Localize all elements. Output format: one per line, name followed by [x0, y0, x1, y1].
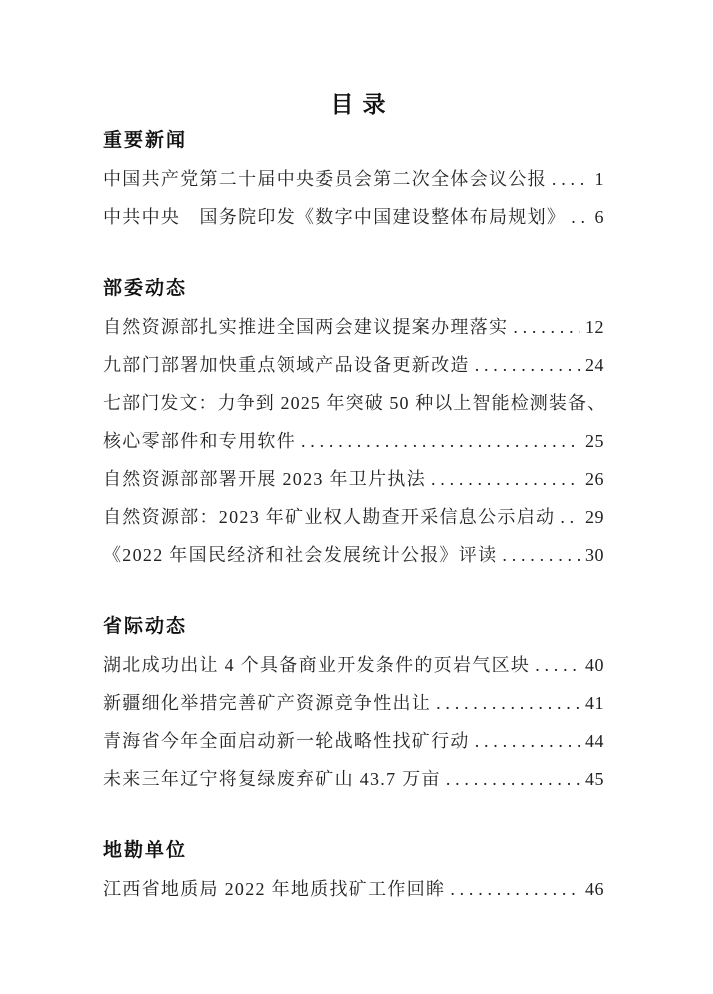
- page-number: 41: [585, 684, 604, 722]
- toc-entry-title: 九部门部署加快重点领域产品设备更新改造: [103, 346, 470, 384]
- toc-section-ministry-news: 部委动态 自然资源部扎实推进全国两会建议提案办理落实 .............…: [103, 270, 604, 574]
- section-heading: 省际动态: [103, 608, 604, 646]
- dot-leader: ........................................…: [426, 460, 580, 498]
- toc-entry-title: 湖北成功出让 4 个具备商业开发条件的页岩气区块: [103, 646, 530, 684]
- document-page: 目录 重要新闻 中国共产党第二十届中央委员会第二次全体会议公报 ........…: [0, 0, 713, 994]
- toc-entry: 未来三年辽宁将复绿废弃矿山 43.7 万亩 ..................…: [103, 760, 604, 798]
- toc-entry: 中国共产党第二十届中央委员会第二次全体会议公报 ................…: [103, 160, 604, 198]
- page-number: 26: [585, 460, 604, 498]
- dot-leader: ........................................…: [555, 498, 580, 536]
- dot-leader: ........................................…: [431, 684, 580, 722]
- toc-entry-title: 自然资源部扎实推进全国两会建议提案办理落实: [103, 308, 508, 346]
- toc-entry: 自然资源部：2023 年矿业权人勘查开采信息公示启动 .............…: [103, 498, 604, 536]
- toc-entry: 青海省今年全面启动新一轮战略性找矿行动 ....................…: [103, 722, 604, 760]
- dot-leader: ........................................…: [508, 308, 580, 346]
- toc-entry-title: 新疆细化举措完善矿产资源竞争性出让: [103, 684, 431, 722]
- dot-leader: ........................................…: [470, 722, 580, 760]
- dot-leader: ........................................…: [566, 198, 589, 236]
- dot-leader: ........................................…: [441, 760, 580, 798]
- toc-section-provincial-news: 省际动态 湖北成功出让 4 个具备商业开发条件的页岩气区块 ..........…: [103, 608, 604, 798]
- dot-leader: ........................................…: [497, 536, 580, 574]
- toc-entry: 《2022 年国民经济和社会发展统计公报》评读 ................…: [103, 536, 604, 574]
- toc-entry-title: 自然资源部部署开展 2023 年卫片执法: [103, 460, 426, 498]
- toc-entry-title: 中国共产党第二十届中央委员会第二次全体会议公报: [103, 160, 547, 198]
- page-number: 29: [585, 498, 604, 536]
- toc-entry-title: 中共中央 国务院印发《数字中国建设整体布局规划》: [103, 198, 566, 236]
- toc-entry: 湖北成功出让 4 个具备商业开发条件的页岩气区块 ...............…: [103, 646, 604, 684]
- section-heading: 地勘单位: [103, 832, 604, 870]
- toc-entry: 中共中央 国务院印发《数字中国建设整体布局规划》 ...............…: [103, 198, 604, 236]
- page-number: 12: [585, 308, 604, 346]
- dot-leader: ........................................…: [470, 346, 580, 384]
- dot-leader: ........................................…: [296, 422, 580, 460]
- toc-section-important-news: 重要新闻 中国共产党第二十届中央委员会第二次全体会议公报 ...........…: [103, 122, 604, 236]
- toc-entry-title: 青海省今年全面启动新一轮战略性找矿行动: [103, 722, 470, 760]
- toc-entry-title: 《2022 年国民经济和社会发展统计公报》评读: [103, 536, 497, 574]
- page-number: 45: [585, 760, 604, 798]
- page-number: 44: [585, 722, 604, 760]
- toc-section-geological-units: 地勘单位 江西省地质局 2022 年地质找矿工作回眸 .............…: [103, 832, 604, 908]
- dot-leader: ........................................…: [547, 160, 590, 198]
- toc-entry-line-2: 核心零部件和专用软件 .............................…: [103, 422, 604, 460]
- dot-leader: ........................................…: [445, 870, 580, 908]
- section-heading: 部委动态: [103, 270, 604, 308]
- page-number: 40: [585, 646, 604, 684]
- toc-entry-title: 未来三年辽宁将复绿废弃矿山 43.7 万亩: [103, 760, 441, 798]
- page-number: 25: [585, 422, 604, 460]
- dot-leader: ........................................…: [530, 646, 580, 684]
- toc-entry: 江西省地质局 2022 年地质找矿工作回眸 ..................…: [103, 870, 604, 908]
- page-number: 6: [595, 198, 605, 236]
- toc-entry: 自然资源部扎实推进全国两会建议提案办理落实 ..................…: [103, 308, 604, 346]
- page-number: 1: [595, 160, 605, 198]
- toc-entry-title: 江西省地质局 2022 年地质找矿工作回眸: [103, 870, 445, 908]
- page-number: 30: [585, 536, 604, 574]
- page-number: 24: [585, 346, 604, 384]
- toc-entry-line-1: 七部门发文：力争到 2025 年突破 50 种以上智能检测装备、: [103, 384, 604, 422]
- toc-entry-title: 自然资源部：2023 年矿业权人勘查开采信息公示启动: [103, 498, 555, 536]
- toc-entry: 新疆细化举措完善矿产资源竞争性出让 ......................…: [103, 684, 604, 722]
- page-number: 46: [585, 870, 604, 908]
- toc-entry: 自然资源部部署开展 2023 年卫片执法 ...................…: [103, 460, 604, 498]
- toc-entry-title: 七部门发文：力争到 2025 年突破 50 种以上智能检测装备、: [103, 384, 606, 422]
- toc-entry: 九部门部署加快重点领域产品设备更新改造 ....................…: [103, 346, 604, 384]
- toc-entry-title-continuation: 核心零部件和专用软件: [103, 422, 296, 460]
- section-heading: 重要新闻: [103, 122, 604, 160]
- page-title: 目录: [103, 86, 604, 122]
